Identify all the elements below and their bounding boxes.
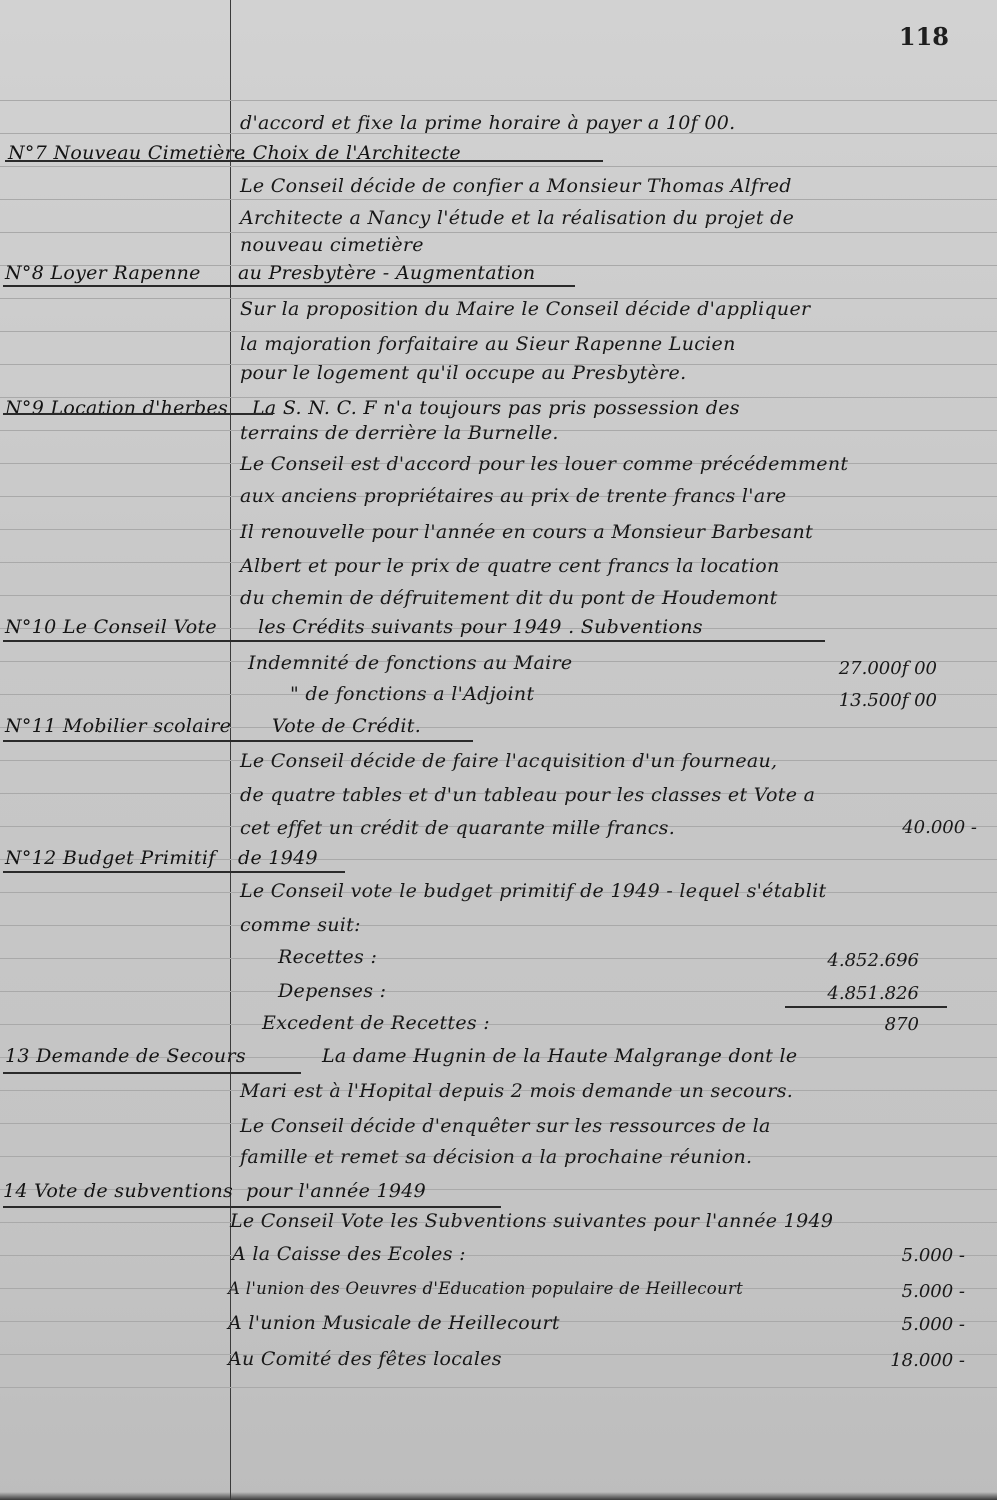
item-9-underline [3, 413, 273, 415]
item-10-entry-amount: 13.500f 00 [839, 690, 937, 711]
item-7-line: Architecte a Nancy l'étude et la réalisa… [240, 207, 794, 229]
item-12-entry-amount: 4.851.826 [827, 983, 919, 1004]
ruled-line [0, 232, 997, 233]
item-9-line: Il renouvelle pour l'année en cours a Mo… [240, 521, 813, 543]
page-number: 118 [899, 22, 949, 51]
item-14-heading-margin: 14 Vote de subventions [3, 1180, 233, 1202]
item-11-underline [3, 740, 473, 742]
item-13-heading-margin: 13 Demande de Secours [5, 1045, 246, 1067]
item-8-line: pour le logement qu'il occupe au Presbyt… [240, 362, 686, 384]
ruled-line [0, 1024, 997, 1025]
item-12-line: comme suit: [240, 914, 361, 936]
item-10-underline [3, 640, 825, 642]
item-14-line: Le Conseil Vote les Subventions suivante… [230, 1210, 833, 1232]
item-8-line: Sur la proposition du Maire le Conseil d… [240, 298, 810, 320]
item-9-line: Albert et pour le prix de quatre cent fr… [240, 555, 779, 577]
ruled-line [0, 331, 997, 332]
sum-rule [785, 1006, 947, 1008]
item-12-entry-amount: 870 [885, 1014, 919, 1035]
item-9-line: du chemin de défruitement dit du pont de… [240, 587, 778, 609]
item-14-heading-body: pour l'année 1949 [246, 1180, 426, 1202]
ruled-line [0, 925, 997, 926]
item-7-underline [5, 160, 603, 162]
item-9-heading-margin: N°9 Location d'herbes [5, 397, 228, 419]
ruled-line [0, 100, 997, 101]
item-11-line: Le Conseil décide de faire l'acquisition… [240, 750, 777, 772]
item-14-entry-label: A l'union des Oeuvres d'Education popula… [228, 1279, 743, 1298]
item-11-line: de quatre tables et d'un tableau pour le… [240, 784, 815, 806]
item-11-line: cet effet un crédit de quarante mille fr… [240, 817, 675, 839]
item-8-heading-margin: N°8 Loyer Rapenne [5, 262, 201, 284]
item-14-underline [3, 1206, 501, 1208]
item-11-heading-body: Vote de Crédit. [272, 715, 421, 737]
continuation-line: d'accord et fixe la prime horaire à paye… [240, 112, 735, 134]
item-14-entry-label: A l'union Musicale de Heillecourt [228, 1312, 560, 1334]
item-13-line: famille et remet sa décision a la procha… [240, 1146, 752, 1168]
item-10-heading-body: les Crédits suivants pour 1949 . Subvent… [258, 616, 703, 638]
page-edge-shadow [0, 1492, 997, 1500]
register-page: 118 d'accord et fixe la prime horaire à … [0, 0, 997, 1500]
item-11-heading-margin: N°11 Mobilier scolaire [5, 715, 231, 737]
item-14-entry-amount: 5.000 - [902, 1245, 965, 1266]
item-12-entry-label: Depenses : [278, 980, 386, 1002]
item-13-underline [3, 1072, 301, 1074]
item-12-entry-amount: 4.852.696 [827, 950, 919, 971]
item-7-line: nouveau cimetière [240, 234, 424, 256]
item-12-entry-label: Recettes : [278, 946, 377, 968]
item-8-heading-body: au Presbytère - Augmentation [238, 262, 535, 284]
ruled-line [0, 199, 997, 200]
item-7-line: Le Conseil décide de confier a Monsieur … [240, 175, 792, 197]
item-12-entry-label: Excedent de Recettes : [262, 1012, 490, 1034]
item-10-heading-margin: N°10 Le Conseil Vote [5, 616, 217, 638]
item-12-line: Le Conseil vote le budget primitif de 19… [240, 880, 826, 902]
item-10-entry-amount: 27.000f 00 [839, 658, 937, 679]
item-12-underline [3, 871, 345, 873]
item-8-underline [3, 285, 575, 287]
ruled-line [0, 1387, 997, 1388]
ruled-line [0, 1255, 997, 1256]
item-14-entry-amount: 5.000 - [902, 1281, 965, 1302]
item-11-amount: 40.000 - [902, 817, 977, 838]
margin-rule [230, 0, 231, 1500]
item-8-line: la majoration forfaitaire au Sieur Rapen… [240, 333, 736, 355]
item-10-entry-label: " de fonctions a l'Adjoint [290, 683, 534, 705]
item-14-entry-amount: 18.000 - [890, 1350, 965, 1371]
item-9-heading-body: La S. N. C. F n'a toujours pas pris poss… [252, 397, 740, 419]
item-10-entry-label: Indemnité de fonctions au Maire [248, 652, 572, 674]
item-12-heading-body: de 1949 [238, 847, 318, 869]
item-9-line: Le Conseil est d'accord pour les louer c… [240, 453, 848, 475]
item-12-heading-margin: N°12 Budget Primitif [5, 847, 216, 869]
item-13-line: Mari est à l'Hopital depuis 2 mois deman… [240, 1080, 793, 1102]
item-14-entry-amount: 5.000 - [902, 1314, 965, 1335]
item-14-entry-label: A la Caisse des Ecoles : [232, 1243, 466, 1265]
item-9-line: aux anciens propriétaires au prix de tre… [240, 485, 786, 507]
item-9-line: terrains de derrière la Burnelle. [240, 422, 559, 444]
ruled-line [0, 166, 997, 167]
item-13-heading-body: La dame Hugnin de la Haute Malgrange don… [322, 1045, 797, 1067]
item-14-entry-label: Au Comité des fêtes locales [228, 1348, 502, 1370]
item-13-line: Le Conseil décide d'enquêter sur les res… [240, 1115, 771, 1137]
